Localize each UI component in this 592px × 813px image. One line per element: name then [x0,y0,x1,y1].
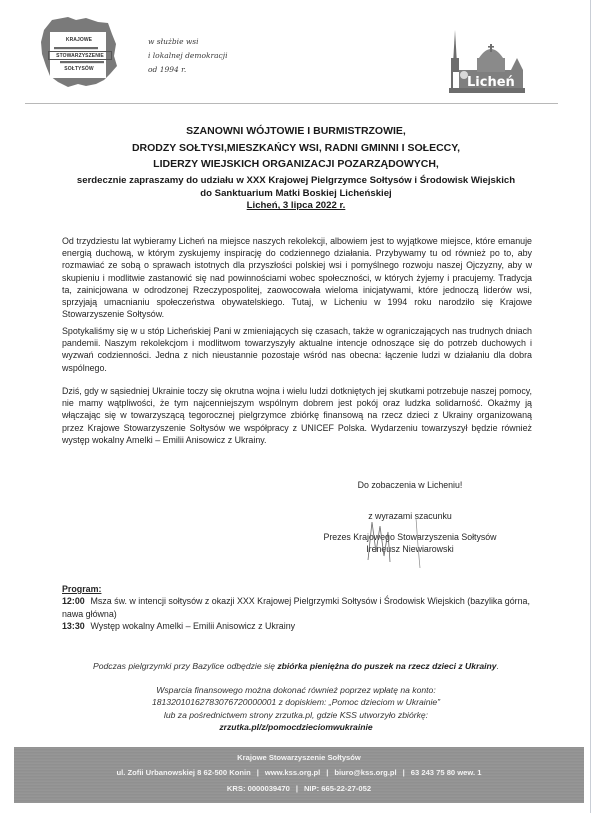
header-divider [25,103,558,104]
footer-website[interactable]: www.kss.org.pl [265,768,320,777]
footer-email[interactable]: biuro@kss.org.pl [334,768,396,777]
closing-greeting: Do zobaczenia w Licheniu! [290,480,530,490]
footer-address: ul. Zofii Urbanowskiej 8 62-500 Konin [117,768,251,777]
kss-logo-line3: SOŁTYSÓW [52,66,106,72]
lichen-logo: Licheń [447,14,535,96]
invitation: serdecznie zapraszamy do udziału w XXX K… [0,175,592,213]
body-paragraph: Dziś, gdy w sąsiedniej Ukrainie toczy si… [62,385,532,446]
fundraiser-label: lub za pośrednictwem strony zrzutka.pl, … [0,709,592,721]
program-item: 13:30 Występ wokalny Amelki – Emilii Ani… [62,620,534,632]
donation-text: . [497,661,499,671]
program-text: Msza św. w intencji sołtysów z okazji XX… [62,596,530,618]
body-paragraph: Od trzydziestu lat wybieramy Licheń na m… [62,235,532,320]
body-paragraph: Spotykaliśmy się w u stóp Licheńskiej Pa… [62,325,532,374]
invitation-line: do Sanktuarium Matki Boskiej Licheńskiej [0,188,592,201]
kss-logo-line2: STOWARZYSZENIE [48,51,112,60]
kss-logo-line1: KRAJOWE [52,37,106,43]
program: Program: 12:00 Msza św. w intencji sołty… [62,583,534,632]
salutation-line: SZANOWNI WÓJTOWIE I BURMISTRZOWIE, [0,123,592,140]
footer-phone: 63 243 75 80 wew. 1 [411,768,482,777]
footer-krs: KRS: 0000039470 [227,784,290,793]
svg-text:Licheń: Licheń [467,75,515,90]
donation-text: Podczas pielgrzymki przy Bazylice odbędz… [93,661,277,671]
program-item: 12:00 Msza św. w intencji sołtysów z oka… [62,595,534,620]
program-heading: Program: [62,583,534,595]
motto-line: i lokalnej demokracji [148,50,227,61]
fundraiser-info: lub za pośrednictwem strony zrzutka.pl, … [0,709,592,733]
event-date: Licheń, 3 lipca 2022 r. [247,200,346,211]
program-text: Występ wokalny Amelki – Emilii Anisowicz… [90,621,295,631]
salutation: SZANOWNI WÓJTOWIE I BURMISTRZOWIE, DRODZ… [0,123,592,173]
motto: w służbie wsi i lokalnej demokracji od 1… [148,36,227,75]
salutation-line: LIDERZY WIEJSKICH ORGANIZACJI POZARZĄDOW… [0,156,592,173]
footer-registry: KRS: 0000039470|NIP: 665-22-27-052 [14,784,584,793]
motto-line: od 1994 r. [148,64,227,75]
footer-org: Krajowe Stowarzyszenie Sołtysów [14,753,584,762]
signature-icon [360,512,450,572]
bank-transfer-info: Wsparcia finansowego można dokonać równi… [0,684,592,708]
basilica-icon: Licheń [447,14,535,96]
program-time: 12:00 [62,595,88,607]
kss-logo: KRAJOWE STOWARZYSZENIE SOŁTYSÓW [38,14,118,90]
bank-transfer-label: Wsparcia finansowego można dokonać równi… [0,684,592,696]
program-time: 13:30 [62,620,88,632]
invitation-line: serdecznie zapraszamy do udziału w XXX K… [0,175,592,188]
fundraiser-link[interactable]: zrzutka.pl/z/pomocdzieciomwukrainie [0,721,592,733]
motto-line: w służbie wsi [148,36,227,47]
footer-nip: NIP: 665-22-27-052 [304,784,371,793]
donation-notice: Podczas pielgrzymki przy Bazylice odbędz… [0,661,592,671]
salutation-line: DRODZY SOŁTYSI,MIESZKAŃCY WSI, RADNI GMI… [0,140,592,157]
bank-account: 18132010162783076720000001 z dopiskiem: … [0,696,592,708]
footer-contact: ul. Zofii Urbanowskiej 8 62-500 Konin|ww… [14,768,584,777]
footer-band: Krajowe Stowarzyszenie Sołtysów ul. Zofi… [14,747,584,803]
donation-highlight: zbiórka pieniężna do puszek na rzecz dzi… [277,661,496,671]
